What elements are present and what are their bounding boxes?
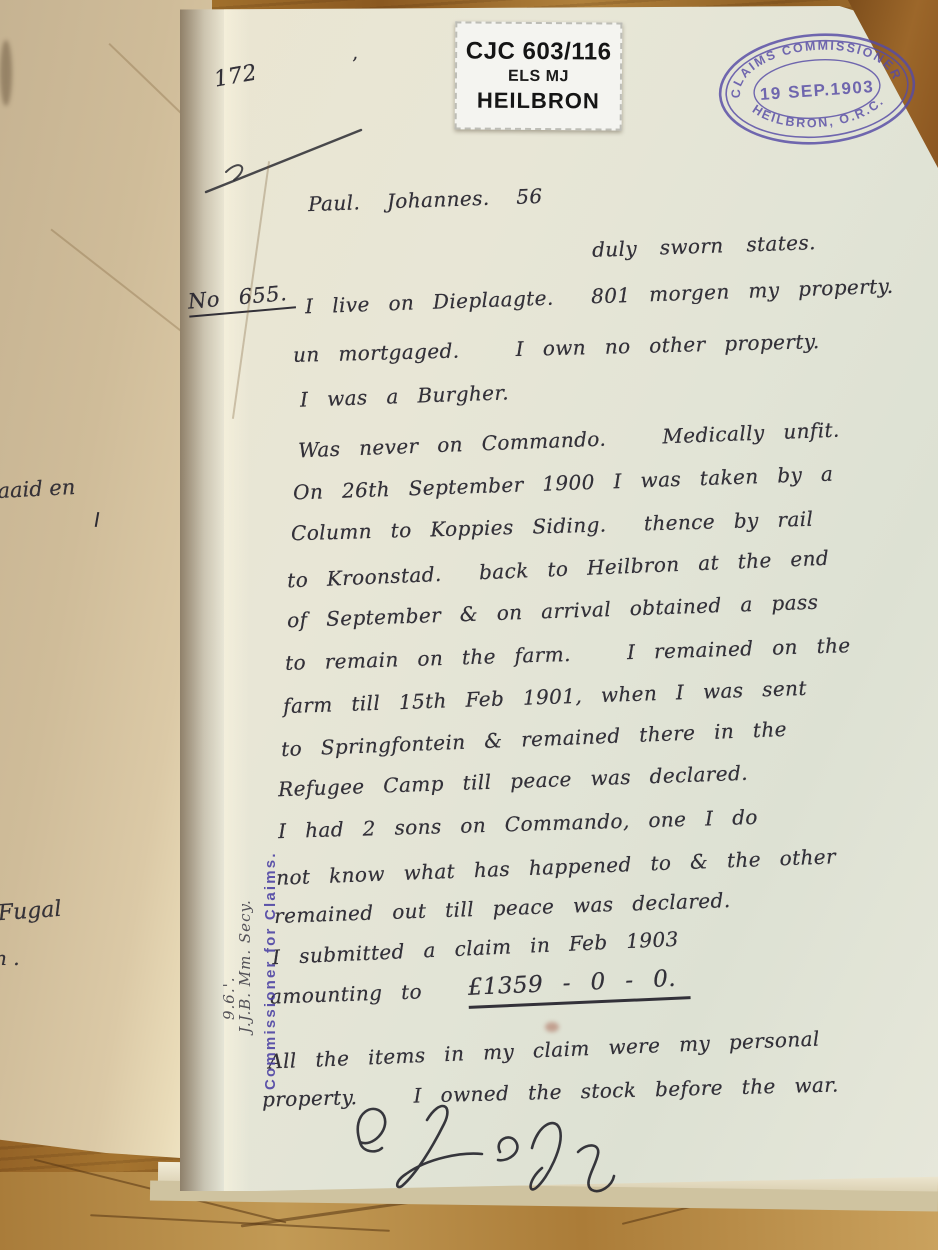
margin-note: 9.6.'.	[220, 900, 238, 1020]
ink-mark	[95, 512, 100, 527]
handwriting-line: un mortgaged. I own no other property.	[293, 329, 820, 367]
handwriting-line: to Kroonstad. back to Heilbron at the en…	[287, 546, 830, 593]
margin-note: J.J.B. Mm. Secy.	[236, 818, 254, 1033]
handwriting-line: Column to Koppies Siding. thence by rail	[291, 507, 814, 546]
page-stain	[545, 1022, 559, 1032]
commissioner-for-claims-stamp: Commissioner for Claims.	[262, 850, 279, 1090]
handwriting-line: of September & on arrival obtained a pas…	[287, 590, 819, 633]
deponent-signature-stroke	[332, 1090, 662, 1205]
handwriting-line: On 26th September 1900 I was taken by a	[293, 462, 834, 505]
handwriting-line: All the items in my claim were my person…	[268, 1026, 820, 1073]
handwriting-line: to remain on the farm. I remained on the	[285, 633, 851, 675]
case-number: No 655.	[187, 280, 296, 317]
handwriting-line: I live on Dieplaagte. 801 morgen my prop…	[305, 274, 894, 319]
handwriting-line: amounting to	[270, 979, 423, 1008]
left-page-text-fragment: n .	[0, 946, 20, 970]
handwriting-line: farm till 15th Feb 1901, when I was sent	[283, 676, 807, 718]
archive-label-name: ELS MJ	[508, 68, 569, 86]
claims-commissioner-stamp: CLAIMS COMMISSIONER, HEILBRON, O.R.C. 19…	[712, 25, 921, 153]
handwriting-line: I had 2 sons on Commando, one I do	[278, 805, 758, 843]
page-content: uistaaid en m Fugal n . 172 ’ CJC 603/11…	[0, 0, 938, 1250]
archive-label-district: HEILBRON	[477, 88, 600, 115]
handwriting-line: Refugee Camp till peace was declared.	[278, 761, 749, 801]
handwriting-line: not know what has happened to & the othe…	[276, 844, 837, 889]
archive-label-code: CJC 603/116	[466, 37, 612, 66]
claim-amount: £1359 - 0 - 0.	[467, 965, 690, 1009]
handwriting-line: to Springfontein & remained there in the	[281, 717, 788, 761]
archive-label: CJC 603/116 ELS MJ HEILBRON	[455, 21, 623, 130]
left-page-text-fragment: uistaaid en	[0, 475, 76, 505]
handwriting-line: I was a Burgher.	[300, 380, 510, 411]
left-page-text-fragment: m Fugal	[0, 897, 62, 928]
folio-number: 172	[212, 60, 259, 92]
handwriting-line: Was never on Commando. Medically unfit.	[298, 418, 840, 463]
ink-mark: ’	[352, 54, 359, 75]
handwriting-line: I submitted a claim in Feb 1903	[272, 927, 680, 969]
handwriting-line: remained out till peace was declared.	[274, 888, 731, 928]
stamp-date-text: 19 SEP.1903	[759, 77, 875, 104]
oath-line: duly sworn states.	[592, 230, 817, 262]
